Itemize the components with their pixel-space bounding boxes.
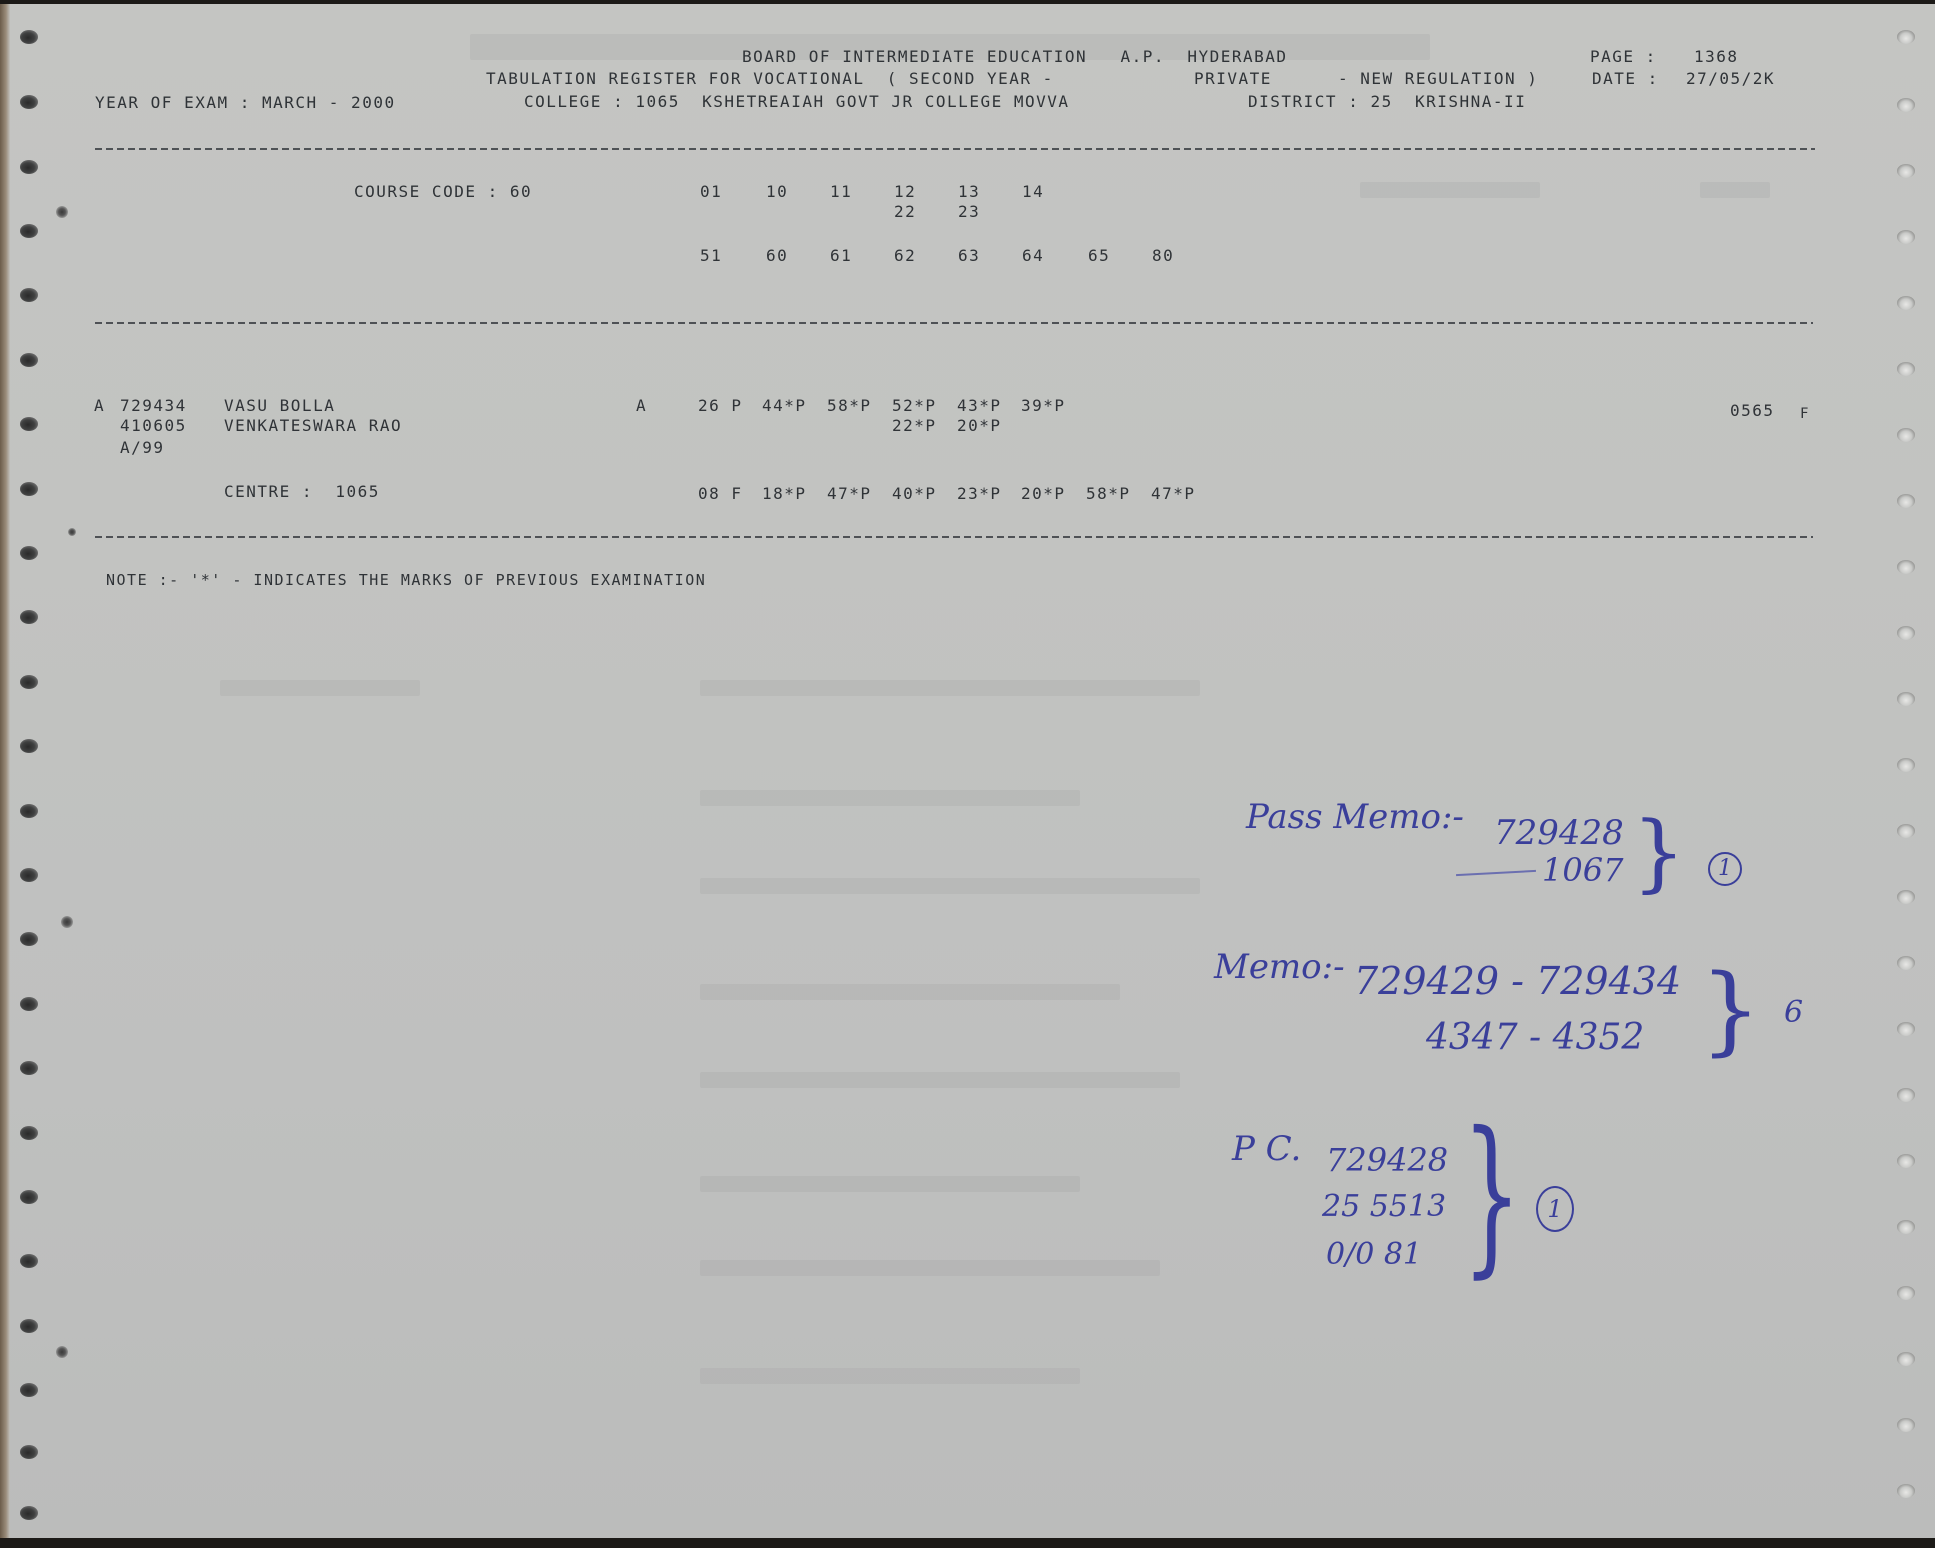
sprocket-hole-icon [1897, 230, 1915, 244]
separator-line [95, 322, 1813, 324]
subject-code: 62 [894, 246, 916, 266]
year-of-exam: YEAR OF EXAM : MARCH - 2000 [95, 93, 396, 113]
sprocket-hole-icon [20, 739, 38, 753]
bleed-through-text [700, 680, 1200, 696]
memo-range: 729429 - 729434 [1354, 962, 1681, 1000]
sprocket-hole-icon [20, 932, 38, 946]
footnote: NOTE :- '*' - INDICATES THE MARKS OF PRE… [106, 570, 706, 590]
page-label: PAGE : [1590, 47, 1657, 67]
subject-code: 65 [1088, 246, 1110, 266]
pc-line-3: 0/0 81 [1326, 1240, 1422, 1270]
district-info: DISTRICT : 25 KRISHNA-II [1248, 92, 1526, 112]
sprocket-hole-icon [20, 1445, 38, 1459]
bleed-through-text [700, 878, 1200, 894]
sprocket-hole-icon [20, 482, 38, 496]
subject-code: 23 [958, 202, 980, 222]
father-name: VENKATESWARA RAO [224, 416, 402, 436]
mark-cell: 47*P [1151, 484, 1196, 504]
sprocket-hole-icon [1897, 1484, 1915, 1498]
sprocket-hole-icon [1897, 296, 1915, 310]
mark-cell: 20*P [1021, 484, 1066, 504]
subject-code: 61 [830, 246, 852, 266]
subject-code: 60 [766, 246, 788, 266]
sprocket-hole-icon [20, 675, 38, 689]
sprocket-hole-icon [20, 353, 38, 367]
subject-code: 11 [830, 182, 852, 202]
sprocket-hole-icon [20, 1126, 38, 1140]
stray-punch-mark-icon [68, 528, 76, 536]
sprocket-hole-icon [1897, 164, 1915, 178]
bleed-through-text [700, 790, 1080, 806]
sprocket-hole-icon [20, 1061, 38, 1075]
sprocket-hole-icon [1897, 1022, 1915, 1036]
pass-memo-underline [1456, 870, 1536, 876]
right-sprocket-strip [1875, 4, 1935, 1538]
stray-punch-mark-icon [56, 206, 68, 218]
mark-cell: 40*P [892, 484, 937, 504]
registration-number: 410605 [120, 416, 187, 436]
sprocket-hole-icon [1897, 1286, 1915, 1300]
sprocket-hole-icon [20, 1319, 38, 1333]
college-info: COLLEGE : 1065 KSHETREAIAH GOVT JR COLLE… [524, 92, 1070, 112]
brace-icon: } [1632, 810, 1685, 894]
mark-cell: 20*P [957, 416, 1002, 436]
mark-cell: 52*P [892, 396, 937, 416]
bleed-through-text [700, 1176, 1080, 1192]
sprocket-hole-icon [1897, 1220, 1915, 1234]
pass-memo-sub: 1067 [1542, 854, 1623, 886]
tabulation-register-sheet: BOARD OF INTERMEDIATE EDUCATION A.P. HYD… [0, 4, 1935, 1538]
subject-code: 22 [894, 202, 916, 222]
subject-code: 63 [958, 246, 980, 266]
sprocket-hole-icon [20, 160, 38, 174]
candidate-name: VASU BOLLA [224, 396, 335, 416]
result-status: F [1800, 404, 1810, 424]
bleed-through-text [700, 1260, 1160, 1276]
mark-cell: 44*P [762, 396, 807, 416]
pc-count: 1 [1536, 1186, 1574, 1232]
brace-icon: } [1700, 962, 1761, 1058]
bleed-through-text [220, 680, 420, 696]
mark-cell: 22*P [892, 416, 937, 436]
mark-cell: 39*P [1021, 396, 1066, 416]
pc-line-2: 25 5513 [1322, 1192, 1446, 1222]
mark-cell: 58*P [1086, 484, 1131, 504]
sprocket-hole-icon [20, 804, 38, 818]
sprocket-hole-icon [20, 1506, 38, 1520]
sprocket-hole-icon [20, 224, 38, 238]
subject-code: 14 [1022, 182, 1044, 202]
memo-count: 6 [1784, 998, 1803, 1028]
mark-cell: 26 P [698, 396, 743, 416]
stray-punch-mark-icon [61, 916, 73, 928]
subject-code: 51 [700, 246, 722, 266]
pc-label: P C. [1232, 1132, 1301, 1166]
separator-line [95, 536, 1813, 538]
memo-sub-range: 4347 - 4352 [1426, 1020, 1644, 1056]
mark-cell: 47*P [827, 484, 872, 504]
subject-code: 80 [1152, 246, 1174, 266]
date-value: 27/05/2K [1686, 69, 1775, 89]
pass-memo-count: 1 [1708, 852, 1742, 886]
stray-punch-mark-icon [56, 1346, 68, 1358]
candidate-prefix: A [94, 396, 105, 416]
sprocket-hole-icon [20, 997, 38, 1011]
pass-memo-number: 729428 [1494, 816, 1624, 850]
subject-code: 01 [700, 182, 722, 202]
sprocket-hole-icon [1897, 494, 1915, 508]
sprocket-hole-icon [1897, 1418, 1915, 1432]
sprocket-hole-icon [1897, 362, 1915, 376]
left-sprocket-strip [0, 4, 60, 1538]
pass-memo-label: Pass Memo:- [1246, 800, 1464, 834]
sprocket-hole-icon [1897, 1088, 1915, 1102]
register-title: TABULATION REGISTER FOR VOCATIONAL ( SEC… [486, 69, 1054, 89]
sprocket-hole-icon [1897, 428, 1915, 442]
sprocket-hole-icon [1897, 956, 1915, 970]
sprocket-hole-icon [1897, 30, 1915, 44]
date-label: DATE : [1592, 69, 1659, 89]
sprocket-hole-icon [20, 288, 38, 302]
bleed-through-text [1360, 182, 1540, 198]
subject-code: 13 [958, 182, 980, 202]
mark-cell: 18*P [762, 484, 807, 504]
course-code: COURSE CODE : 60 [354, 182, 532, 202]
subject-code: 10 [766, 182, 788, 202]
regulation: - NEW REGULATION ) [1338, 69, 1538, 89]
total-marks: 0565 [1730, 401, 1775, 421]
sprocket-hole-icon [1897, 890, 1915, 904]
sprocket-hole-icon [20, 546, 38, 560]
exam-type: PRIVATE [1194, 69, 1272, 89]
sprocket-hole-icon [1897, 560, 1915, 574]
sprocket-hole-icon [20, 95, 38, 109]
mark-cell: 58*P [827, 396, 872, 416]
hall-ticket-number: 729434 [120, 396, 187, 416]
sprocket-hole-icon [20, 610, 38, 624]
page-number: 1368 [1694, 47, 1739, 67]
memo-label: Memo:- [1214, 950, 1345, 984]
subject-code: 64 [1022, 246, 1044, 266]
mark-cell: 43*P [957, 396, 1002, 416]
centre: CENTRE : 1065 [224, 482, 380, 502]
board-title: BOARD OF INTERMEDIATE EDUCATION A.P. HYD… [742, 47, 1288, 67]
sprocket-hole-icon [1897, 758, 1915, 772]
bleed-through-text [700, 1072, 1180, 1088]
sprocket-hole-icon [1897, 1154, 1915, 1168]
sprocket-hole-icon [20, 868, 38, 882]
sprocket-hole-icon [1897, 98, 1915, 112]
separator-line [95, 148, 1815, 150]
sprocket-hole-icon [20, 1190, 38, 1204]
sprocket-hole-icon [20, 1254, 38, 1268]
sprocket-hole-icon [1897, 1352, 1915, 1366]
bleed-through-text [1700, 182, 1770, 198]
bleed-through-text [700, 1368, 1080, 1384]
mark-cell: 08 F [698, 484, 743, 504]
sprocket-hole-icon [1897, 692, 1915, 706]
pc-line-1: 729428 [1326, 1144, 1448, 1176]
medium: A [636, 396, 647, 416]
sprocket-hole-icon [20, 1383, 38, 1397]
sprocket-hole-icon [1897, 626, 1915, 640]
sprocket-hole-icon [20, 30, 38, 44]
mark-cell: 23*P [957, 484, 1002, 504]
sprocket-hole-icon [20, 417, 38, 431]
sprocket-hole-icon [1897, 824, 1915, 838]
bleed-through-text [700, 984, 1120, 1000]
batch: A/99 [120, 438, 165, 458]
brace-icon: } [1462, 1110, 1521, 1280]
subject-code: 12 [894, 182, 916, 202]
